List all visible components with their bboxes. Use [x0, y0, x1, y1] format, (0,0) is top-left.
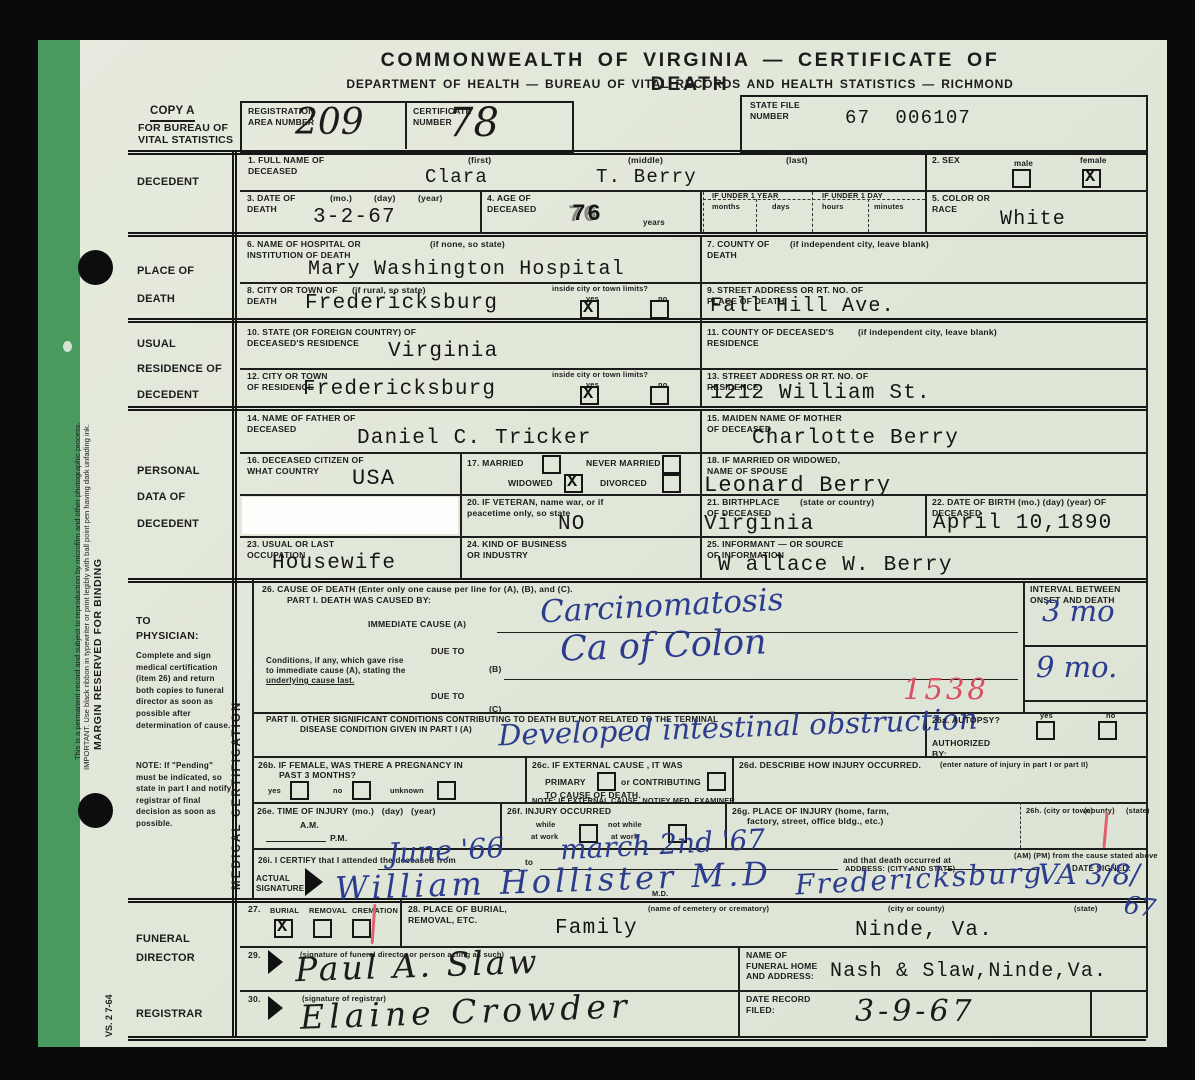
- field6-value: Mary Washington Hospital: [308, 258, 625, 281]
- field8-limits-label: inside city or town limits?: [552, 284, 648, 293]
- divider: [128, 578, 1146, 580]
- field13-value: 1212 William St.: [710, 382, 931, 405]
- burial-label: BURIAL: [270, 906, 299, 915]
- divider: [128, 1036, 1146, 1038]
- am-label: A.M.: [300, 820, 319, 831]
- punch-hole-bottom: [78, 793, 113, 828]
- death-certificate-photo: MARGIN RESERVED FOR BINDING IMPORTANT. U…: [0, 0, 1195, 1080]
- field26g-line2: factory, street, office bldg., etc.): [747, 816, 883, 827]
- margin-important-2: This is a permanent record and subject t…: [73, 320, 82, 760]
- part2-line2: DISEASE CONDITION GIVEN IN PART I (A): [300, 725, 472, 735]
- field4-unit: years: [643, 218, 665, 228]
- field14-value: Daniel C. Tricker: [357, 427, 592, 450]
- pregnancy-unknown-checkbox: [437, 781, 456, 800]
- removal-checkbox: [313, 919, 332, 938]
- field8-no-checkbox: [650, 300, 669, 319]
- field17-widowed-label: WIDOWED: [508, 478, 553, 489]
- divider: [738, 946, 740, 1038]
- removal-label: REMOVAL: [309, 906, 347, 915]
- female-checkbox: X: [1082, 169, 1101, 188]
- field12-yes-check: X: [583, 385, 593, 404]
- field10-value: Virginia: [388, 340, 498, 363]
- field28-value: Family: [555, 917, 638, 940]
- section-decedent: DECEDENT: [137, 176, 199, 190]
- field26e-label: 26e. TIME OF INJURY: [257, 806, 348, 817]
- field20-label: 20. IF VETERAN, name war, or if peacetim…: [467, 497, 637, 518]
- field3-value: 3-2-67: [313, 206, 396, 229]
- field4-value: 76: [572, 201, 602, 227]
- divider: [1023, 700, 1146, 702]
- field17-married-label: 17. MARRIED: [467, 458, 524, 469]
- while-label: while: [536, 820, 555, 829]
- interval-b-value: 9 mo.: [1036, 650, 1117, 684]
- divider: [703, 192, 704, 232]
- field12-limits-label: inside city or town limits?: [552, 370, 648, 379]
- signature-state-date: VA 3/8/: [1038, 858, 1140, 891]
- copy-label: COPY A: [150, 104, 195, 122]
- under1year-label: IF UNDER 1 YEAR: [712, 191, 779, 200]
- divider: [480, 190, 482, 234]
- divider: [128, 898, 1146, 900]
- divider: [400, 900, 402, 946]
- copy-for-line2: VITAL STATISTICS: [138, 134, 233, 147]
- divider: [1020, 802, 1021, 848]
- divider: [756, 199, 757, 232]
- divider: [812, 192, 813, 232]
- field29-num: 29.: [248, 950, 261, 961]
- due-to-label-2: DUE TO: [431, 691, 465, 702]
- punch-hole-top: [78, 250, 113, 285]
- divorced-checkbox: [662, 474, 681, 493]
- pregnancy-no-label: no: [333, 786, 342, 795]
- divider: [1023, 582, 1025, 712]
- section-personal-data: PERSONAL DATA OF DECEDENT: [137, 458, 219, 537]
- pending-note: NOTE: If "Pending" must be indicated, so…: [136, 760, 232, 830]
- due-to-label-1: DUE TO: [431, 646, 465, 657]
- authorized-by-label: AUTHORIZED BY:: [932, 738, 998, 759]
- burial-check: X: [277, 918, 287, 937]
- field17-divorced-label: DIVORCED: [600, 478, 647, 489]
- form-code: VS. 2 7-64: [104, 962, 114, 1037]
- divider: [700, 190, 702, 234]
- divider: [868, 199, 869, 232]
- field6-hint: (if none, so state): [430, 239, 505, 250]
- conditions-note-1: Conditions, if any, which gave rise: [266, 656, 404, 666]
- divider: [240, 990, 1146, 992]
- widowed-checkbox: X: [564, 474, 583, 493]
- signature-label: SIGNATURE: [256, 884, 304, 894]
- divider: [460, 452, 462, 578]
- field26h-state-hint: (state): [1126, 806, 1150, 815]
- field28-label: 28. PLACE OF BURIAL, REMOVAL, ETC.: [408, 904, 518, 925]
- field7-label: 7. COUNTY OF DEATH: [707, 239, 783, 260]
- date-filed-value: 3-9-67: [855, 994, 976, 1029]
- female-check: X: [1085, 168, 1095, 187]
- funeral-signature-arrow-icon: [268, 950, 283, 974]
- divider: [1023, 645, 1146, 647]
- margin-binding-note: MARGIN RESERVED FOR BINDING: [92, 330, 104, 750]
- divider: [240, 368, 1146, 370]
- pregnancy-unknown-label: unknown: [390, 786, 424, 795]
- field8-yes-checkbox: X: [580, 300, 599, 319]
- under1-minutes-label: minutes: [874, 202, 904, 211]
- date-filed-label: DATE RECORD FILED:: [746, 994, 816, 1015]
- funeral-home-value: Nash & Slaw,Ninde,Va.: [830, 960, 1107, 983]
- under1-days-label: days: [772, 202, 790, 211]
- section-place-of-death: PLACE OF DEATH: [137, 258, 215, 313]
- field28-state-hint: (state): [1074, 904, 1098, 913]
- under1-hours-label: hours: [822, 202, 844, 211]
- divider: [232, 150, 234, 1038]
- field1-first-hint: (first): [468, 155, 491, 166]
- field12-no-checkbox: [650, 386, 669, 405]
- cause-c-label: (C): [489, 704, 502, 715]
- while-atwork-label: at work: [531, 832, 558, 841]
- field11-hint: (if independent city, leave blank): [858, 327, 997, 338]
- conditions-note-3: underlying cause last.: [266, 676, 354, 686]
- redaction-box: [242, 497, 458, 534]
- never-married-checkbox: [662, 455, 681, 474]
- divider: [240, 282, 1146, 284]
- divider: [925, 150, 927, 234]
- field3-mo-hint: (mo.): [330, 193, 352, 204]
- field28-city-value: Ninde, Va.: [855, 919, 993, 942]
- field30-num: 30.: [248, 994, 261, 1005]
- field27-num: 27.: [248, 904, 261, 915]
- field24-label: 24. KIND OF BUSINESS OR INDUSTRY: [467, 539, 577, 560]
- field5-value: White: [1000, 208, 1066, 231]
- divider: [525, 756, 527, 802]
- field25-value: W allace W. Berry: [718, 554, 953, 577]
- divider: [240, 494, 1146, 496]
- male-checkbox: [1012, 169, 1031, 188]
- field11-label: 11. COUNTY OF DECEASED'S RESIDENCE: [707, 327, 857, 348]
- physician-note: Complete and sign medical certification …: [136, 650, 232, 731]
- section-registrar: REGISTRAR: [136, 1008, 203, 1022]
- cause-b-label: (B): [489, 664, 502, 675]
- autopsy-no-label: no: [1106, 711, 1115, 720]
- field28-city-hint: (city or county): [888, 904, 945, 913]
- primary-checkbox: [597, 772, 616, 791]
- field23-value: Housewife: [272, 552, 396, 575]
- field26a-label: 26a. AUTOPSY?: [932, 715, 1000, 726]
- divider: [266, 841, 326, 842]
- actual-label: ACTUAL: [256, 874, 290, 884]
- field26b-line2: PAST 3 MONTHS?: [279, 770, 356, 781]
- state-file-label: STATE FILE NUMBER: [750, 100, 820, 121]
- under1day-label: IF UNDER 1 DAY: [822, 191, 883, 200]
- field26d-hint: (enter nature of injury in part I or par…: [940, 760, 1088, 769]
- signature-arrow-icon: [305, 868, 323, 896]
- field2-female-label: female: [1080, 156, 1107, 166]
- margin-important-1: IMPORTANT. Use black ribbon in typewrite…: [82, 300, 91, 770]
- autopsy-yes-label: yes: [1040, 711, 1053, 720]
- autopsy-yes-checkbox: [1036, 721, 1055, 740]
- field1-first-value: Clara: [425, 166, 488, 188]
- pregnancy-no-checkbox: [352, 781, 371, 800]
- divider: [128, 232, 1146, 234]
- state-file-value: 67 006107: [845, 107, 971, 129]
- pregnancy-yes-label: yes: [268, 786, 281, 795]
- field12-yes-checkbox: X: [580, 386, 599, 405]
- field14-label: 14. NAME OF FATHER OF DECEASED: [247, 413, 367, 434]
- contributing-checkbox: [707, 772, 726, 791]
- field18-value: Leonard Berry: [704, 473, 891, 498]
- pregnancy-yes-checkbox: [290, 781, 309, 800]
- widowed-check: X: [567, 473, 577, 492]
- field17-never-label: NEVER MARRIED: [586, 458, 661, 469]
- certificate-number-value: 78: [448, 100, 499, 146]
- funeral-home-label: NAME OF FUNERAL HOME AND ADDRESS:: [746, 950, 826, 982]
- field2-male-label: male: [1014, 159, 1033, 169]
- interval-a-value: 3 mo: [1042, 594, 1115, 628]
- field26h-county-hint: (county): [1084, 806, 1115, 815]
- field26e-hints: (mo.) (day) (year): [352, 806, 436, 817]
- field1-last-hint: (last): [786, 155, 808, 166]
- divider: [128, 150, 1146, 152]
- contributing-label: or CONTRIBUTING: [621, 777, 701, 788]
- field3-year-hint: (year): [418, 193, 443, 204]
- field21-hint: (state or country): [800, 497, 874, 508]
- burial-checkbox: X: [274, 919, 293, 938]
- field1-label: 1. FULL NAME OF DECEASED: [248, 155, 338, 176]
- field26c-line1: 26c. IF EXTERNAL CAUSE , IT WAS: [532, 760, 683, 771]
- paper-speck: [63, 341, 72, 352]
- field26h-label: 26h. (city or town): [1026, 806, 1093, 815]
- section-usual-residence: USUAL RESIDENCE OF DECEDENT: [137, 332, 227, 408]
- field26d-label: 26d. DESCRIBE HOW INJURY OCCURRED.: [739, 760, 921, 771]
- field12-value: Fredericksburg: [303, 378, 496, 401]
- divider: [700, 410, 702, 578]
- divider: [1090, 990, 1092, 1038]
- divider: [252, 578, 254, 898]
- field1-rest-value: T. Berry: [596, 166, 697, 188]
- conditions-note-2: to immediate cause (A), stating the: [266, 666, 405, 676]
- field20-value: NO: [558, 513, 586, 536]
- field3-day-hint: (day): [374, 193, 396, 204]
- divider: [700, 236, 702, 406]
- md-label: M.D.: [652, 889, 668, 898]
- cause-b-handwriting: Ca of Colon: [559, 622, 767, 669]
- registration-area-value: 209: [295, 102, 364, 143]
- divider: [405, 101, 407, 149]
- field2-label: 2. SEX: [932, 155, 960, 166]
- primary-label: PRIMARY: [545, 777, 586, 788]
- immediate-cause-label: IMMEDIATE CAUSE (A): [368, 619, 466, 630]
- divider: [925, 494, 927, 536]
- divider: [128, 318, 1146, 320]
- field15-value: Charlotte Berry: [752, 427, 959, 450]
- field8-value: Fredericksburg: [305, 292, 498, 315]
- cremation-checkbox: [352, 919, 371, 938]
- divider: [240, 536, 1146, 538]
- field4-label: 4. AGE OF DECEASED: [487, 193, 557, 214]
- divider: [240, 190, 1146, 192]
- divider: [240, 452, 1146, 454]
- signature-year: 67: [1122, 890, 1158, 923]
- field28-cemetery-hint: (name of cemetery or crematory): [648, 904, 769, 913]
- section-funeral-director: FUNERAL DIRECTOR: [136, 930, 206, 967]
- field26-part1-header: PART I. DEATH WAS CAUSED BY:: [287, 595, 431, 606]
- married-checkbox: [542, 455, 561, 474]
- notwhile-label: not while: [608, 820, 642, 829]
- autopsy-no-checkbox: [1098, 721, 1117, 740]
- field5-label: 5. COLOR OR RACE: [932, 193, 998, 214]
- field26c-note: NOTE: IF EXTERNAL CAUSE, NOTIFY MED. EXA…: [532, 796, 735, 805]
- field1-middle-hint: (middle): [628, 155, 663, 166]
- registrar-signature-arrow-icon: [268, 996, 283, 1020]
- field3-label: 3. DATE OF DEATH: [247, 193, 313, 214]
- under1-months-label: months: [712, 202, 740, 211]
- field26f-label: 26f. INJURY OCCURRED: [507, 806, 611, 817]
- pm-label: P.M.: [330, 833, 347, 844]
- field22-value: April 10,1890: [933, 512, 1112, 535]
- field9-value: Fall Hill Ave.: [710, 295, 895, 318]
- divider: [252, 756, 1146, 758]
- field16-value: USA: [352, 466, 395, 491]
- divider: [128, 406, 1146, 408]
- field26-header: 26. CAUSE OF DEATH (Enter only one cause…: [262, 584, 573, 595]
- field21-value: Virginia: [704, 513, 814, 536]
- field8-yes-check: X: [583, 299, 593, 318]
- section-to-physician: TO PHYSICIAN:: [136, 614, 216, 643]
- document-subtitle: DEPARTMENT OF HEALTH — BUREAU OF VITAL R…: [340, 77, 1020, 92]
- field7-hint: (if independent city, leave blank): [790, 239, 929, 250]
